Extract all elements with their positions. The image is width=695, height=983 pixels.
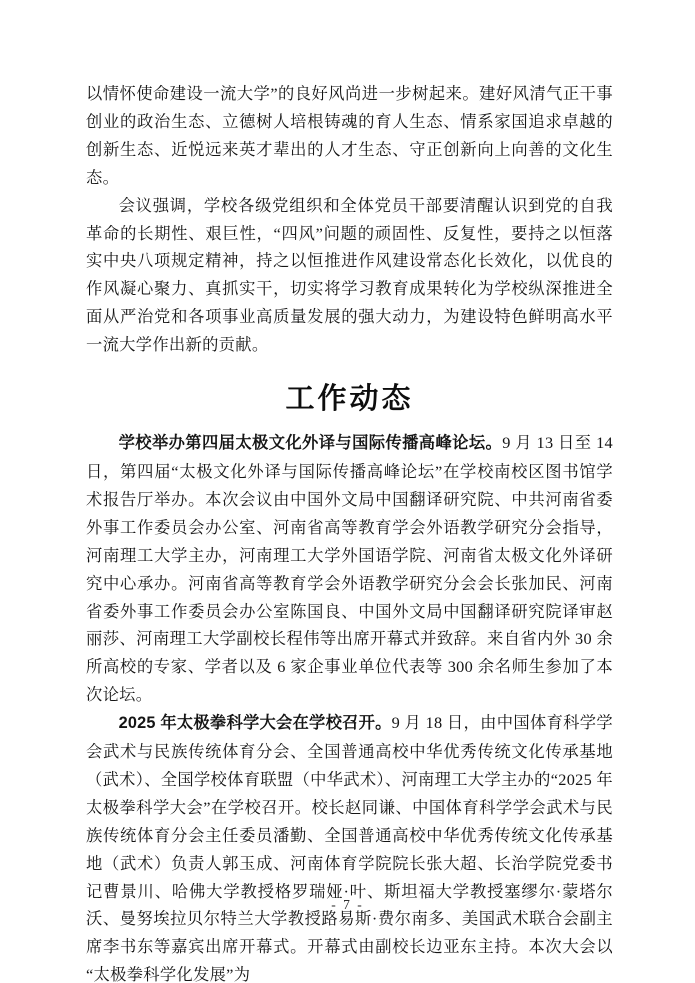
conference-news-body: 9 月 18 日，由中国体育科学学会武术与民族传统体育分会、全国普通高校中华优秀…	[86, 713, 613, 983]
page-number: - 7 -	[0, 897, 695, 913]
paragraph-conference-news: 2025 年太极拳科学大会在学校召开。9 月 18 日，由中国体育科学学会武术与…	[86, 709, 613, 983]
paragraph-meeting-emphasis: 会议强调，学校各级党组织和全体党员干部要清醒认识到党的自我革命的长期性、艰巨性，…	[86, 192, 613, 359]
document-page: 以情怀使命建设一流大学”的良好风尚进一步树起来。建好风清气正干事创业的政治生态、…	[0, 0, 695, 983]
page-content: 以情怀使命建设一流大学”的良好风尚进一步树起来。建好风清气正干事创业的政治生态、…	[86, 80, 613, 983]
forum-news-body: 9 月 13 日至 14 日，第四届“太极文化外译与国际传播高峰论坛”在学校南校…	[86, 433, 613, 704]
forum-news-lead: 学校举办第四届太极文化外译与国际传播高峰论坛。	[119, 434, 503, 452]
section-heading: 工作动态	[86, 381, 613, 418]
paragraph-continuation: 以情怀使命建设一流大学”的良好风尚进一步树起来。建好风清气正干事创业的政治生态、…	[86, 80, 613, 192]
conference-news-lead: 2025 年太极拳科学大会在学校召开。	[119, 714, 392, 732]
paragraph-forum-news: 学校举办第四届太极文化外译与国际传播高峰论坛。9 月 13 日至 14 日，第四…	[86, 429, 613, 709]
